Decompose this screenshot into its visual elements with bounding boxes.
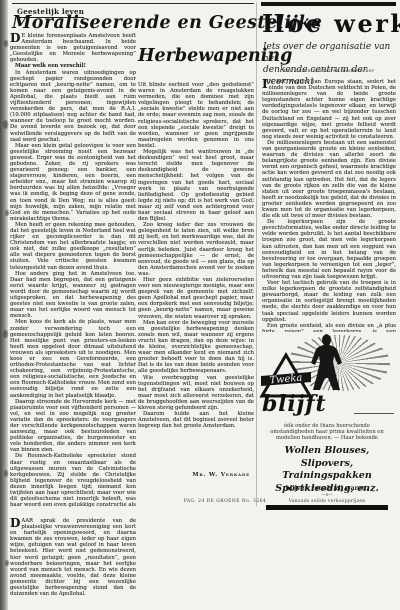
left-article-continuation: DAAR sprak de presidente van de plaatsel… (10, 518, 136, 606)
scan-speck (3, 330, 8, 338)
ad-dash-rule (354, 413, 394, 414)
scan-speck (5, 560, 9, 566)
page-footer: PAG. 24 DE GROENE No. 3264 (180, 499, 270, 504)
left-article-headline-line1: Moraliseerende en Geestelijke (12, 13, 256, 33)
paragraph-text: E kleine forensenplaats Amstelveen heeft… (10, 33, 136, 63)
paragraph: Men kan over de beweging voor moreele en… (138, 320, 254, 375)
ad-tagline: blijven zooals zij waren. (258, 485, 396, 492)
scan-edge-shadow (0, 0, 8, 610)
subtitle-line: Iets over de organisatie van het (263, 42, 397, 65)
author-signature: Mr. W. Verkade (138, 472, 250, 478)
ad-bottom-bar (266, 505, 388, 510)
column-divider (256, 2, 257, 506)
ad-product-line: Trainingspakken (258, 470, 396, 483)
drop-cap: I (262, 79, 269, 90)
paragraph: Voor het tactisch gebruik van de troepen… (262, 280, 396, 323)
paragraph: Wie overbrugging van geestelijke tegenst… (138, 375, 254, 412)
ad-big-word: blijft (262, 391, 326, 417)
scan-speck (4, 470, 8, 477)
left-article-column-1: DE kleine forensenplaats Amstelveen heef… (10, 33, 136, 507)
ad-price-note: Vanouds solide verkoopprijzen (258, 499, 396, 504)
paragraph-text: AAR sprak de presidente van de plaatseli… (10, 518, 136, 597)
right-article-headline: Hoe werkt (262, 9, 396, 38)
tweka-advertisement: Tweka blijft óók onder de thans heersche… (258, 333, 396, 508)
paragraph: Maar een klein getal geloovigen is voor … (10, 143, 136, 222)
paragraph: Men koos de kerk als de plaats, waar men… (10, 319, 136, 398)
right-column-top-bar (261, 2, 396, 6)
paragraph: Mogelijk was het wantrouwen in „de desku… (138, 149, 254, 222)
paragraph: Men heeft er geen rekening mee gehouden,… (10, 222, 136, 271)
section-top-rule (12, 3, 254, 4)
paragraph: Hier geen exhibitie van zieleroerselen v… (138, 277, 254, 320)
scan-speck (3, 120, 8, 129)
scan-speck (5, 210, 9, 216)
paragraph: Uit blinde eerbied voor „den godsdienst”… (138, 82, 254, 149)
paragraph: Een groote eenheid, als een divisie en „… (262, 323, 396, 332)
paragraph: Daarop stroomde de Hervormde kerk — met … (10, 399, 136, 454)
paragraph: DAAR sprak de presidente van de plaatsel… (10, 518, 136, 597)
paragraph: Hoe anders ging het in Amstelveen toe. D… (10, 271, 136, 320)
paragraph: De legerkorpsen zijn de groote gevechtsf… (262, 219, 396, 280)
paragraph: Daarom hulde aan het kleine Amstelveen, … (138, 411, 254, 429)
paragraph: DE kleine forensenplaats Amstelveen heef… (10, 33, 136, 63)
left-article-column-2: Uit blinde eerbied voor „den godsdienst”… (138, 82, 254, 470)
paragraph: IN het Westen van Europa staan, sedert h… (262, 79, 396, 140)
drop-cap: D (10, 518, 21, 529)
ad-product-line: Wollen Blouses, Slipovers, (258, 445, 396, 470)
ad-copy-text: óók onder de thans heerschende omstandig… (268, 423, 386, 442)
left-article-headline-line2: Herbewapening (138, 46, 254, 66)
right-article-body: IN het Westen van Europa staan, sedert h… (262, 79, 396, 332)
paragraph-text: N het Westen van Europa staan, sedert he… (262, 79, 396, 140)
paragraph: In Amsterdam waren uitnoodigingen op ges… (10, 70, 136, 143)
newspaper-page: Geestelijk leven Moraliseerende en Geest… (0, 0, 400, 610)
drop-cap: D (10, 33, 21, 44)
right-article-byline: Van onzen militairen medewerker (262, 69, 396, 74)
paragraph: De Roomsch-Katholieke spreekster stond d… (10, 453, 136, 507)
paragraph: De millioenenlegers bestaan uit een same… (262, 140, 396, 219)
ad-ornament: —o— (258, 493, 396, 498)
scan-speck (4, 40, 8, 47)
paragraph: Zoo kreeg ieder der zes vrouwen de geleg… (138, 222, 254, 277)
